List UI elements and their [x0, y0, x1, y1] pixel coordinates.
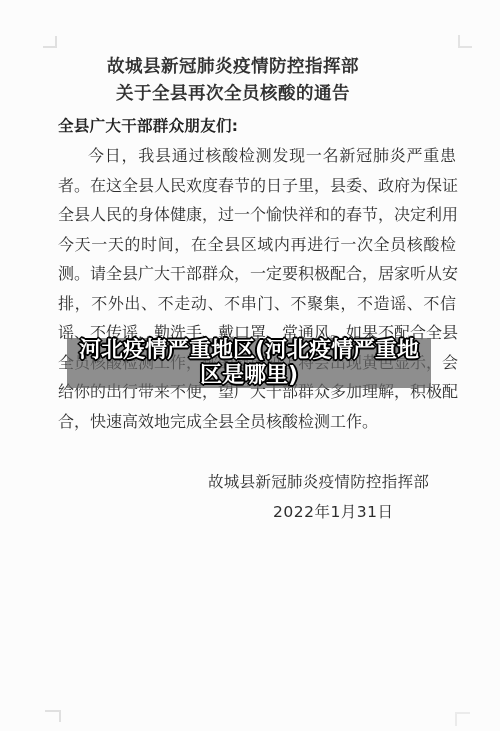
body-line: 测。请全县广大干部群众，一定要积极配合，居家听从安	[58, 259, 456, 289]
notice-body: 今日，我县通过核酸检测发现一名新冠肺炎严重患 者。在这全县人民欢度春节的日子里，…	[58, 141, 456, 436]
notice-title-line-1: 故城县新冠肺炎疫情防控指挥部	[58, 54, 408, 81]
document-page: 故城县新冠肺炎疫情防控指挥部 关于全县再次全员核酸的通告 全县广大干部群众朋友们…	[0, 0, 500, 731]
body-line: 排，不外出、不走动、不串门、不聚集，不造谣、不信	[58, 289, 456, 319]
notice-title: 故城县新冠肺炎疫情防控指挥部 关于全县再次全员核酸的通告	[58, 54, 408, 108]
body-line: 合，快速高效地完成全县全员核酸检测工作。	[58, 407, 456, 437]
notice-salutation: 全县广大干部群众朋友们:	[58, 114, 238, 136]
body-line: 全县人民的身体健康，过一个愉快祥和的春节，决定利用	[58, 200, 456, 230]
body-line: 今日，我县通过核酸检测发现一名新冠肺炎严重患	[58, 141, 456, 171]
margin-corner-mark-top-right	[458, 35, 472, 48]
notice-signature: 故城县新冠肺炎疫情防控指挥部	[208, 470, 429, 492]
watermark-caption-line-2: 区是哪里)	[200, 363, 298, 388]
margin-corner-mark-top-left	[43, 36, 57, 48]
watermark-caption-overlay: 河北疫情严重地区(河北疫情严重地 区是哪里)	[67, 338, 431, 388]
margin-corner-mark-bottom-left	[45, 710, 61, 722]
body-line: 今天一天的时间，在全县区域内再进行一次全员核酸检	[58, 230, 456, 260]
body-line: 者。在这全县人民欢度春节的日子里，县委、政府为保证	[58, 171, 456, 201]
watermark-caption-line-1: 河北疫情严重地区(河北疫情严重地	[79, 338, 419, 363]
notice-title-line-2: 关于全县再次全员核酸的通告	[58, 81, 408, 108]
margin-corner-mark-bottom-right	[455, 712, 470, 726]
notice-date: 2022年1月31日	[273, 500, 394, 522]
